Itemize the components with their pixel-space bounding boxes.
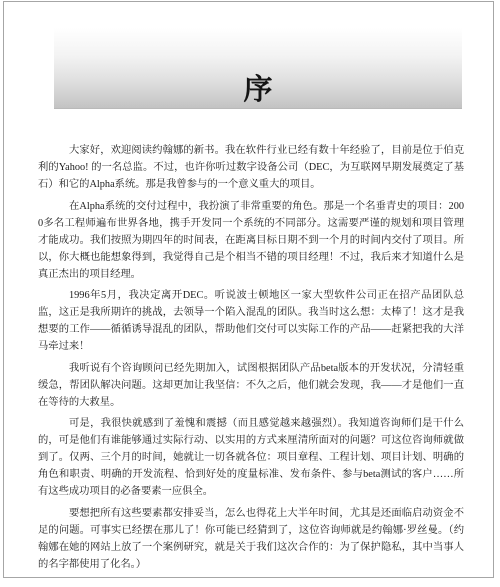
book-page: 序 大家好，欢迎阅读约翰娜的新书。我在软件行业已经有数十年经验了，目前是位于伯克… (0, 0, 500, 587)
paragraph: 可是，我很快就感到了羞愧和震撼（而且感觉越来越强烈）。我知道咨询师们是干什么的，… (38, 415, 464, 500)
paragraph: 我听说有个咨询顾问已经先期加入，试图根据团队产品beta版本的开发状况，分清轻重… (38, 360, 464, 411)
chapter-header-banner: 序 (54, 28, 462, 109)
paragraph: 大家好，欢迎阅读约翰娜的新书。我在软件行业已经有数十年经验了，目前是位于伯克利的… (38, 142, 464, 193)
paragraph: 在Alpha系统的交付过程中，我扮演了非常重要的角色。那是一个名垂青史的项目：2… (38, 198, 464, 283)
chapter-title: 序 (243, 76, 272, 108)
paragraph: 1996年5月，我决定离开DEC。听说波士顿地区一家大型软件公司正在招产品团队总… (38, 287, 464, 355)
paragraph: 要想把所有这些要素都安排妥当，怎么也得花上大半年时间，尤其是还面临启动资金不足的… (38, 505, 464, 573)
preface-text: 大家好，欢迎阅读约翰娜的新书。我在软件行业已经有数十年经验了，目前是位于伯克利的… (38, 142, 464, 577)
